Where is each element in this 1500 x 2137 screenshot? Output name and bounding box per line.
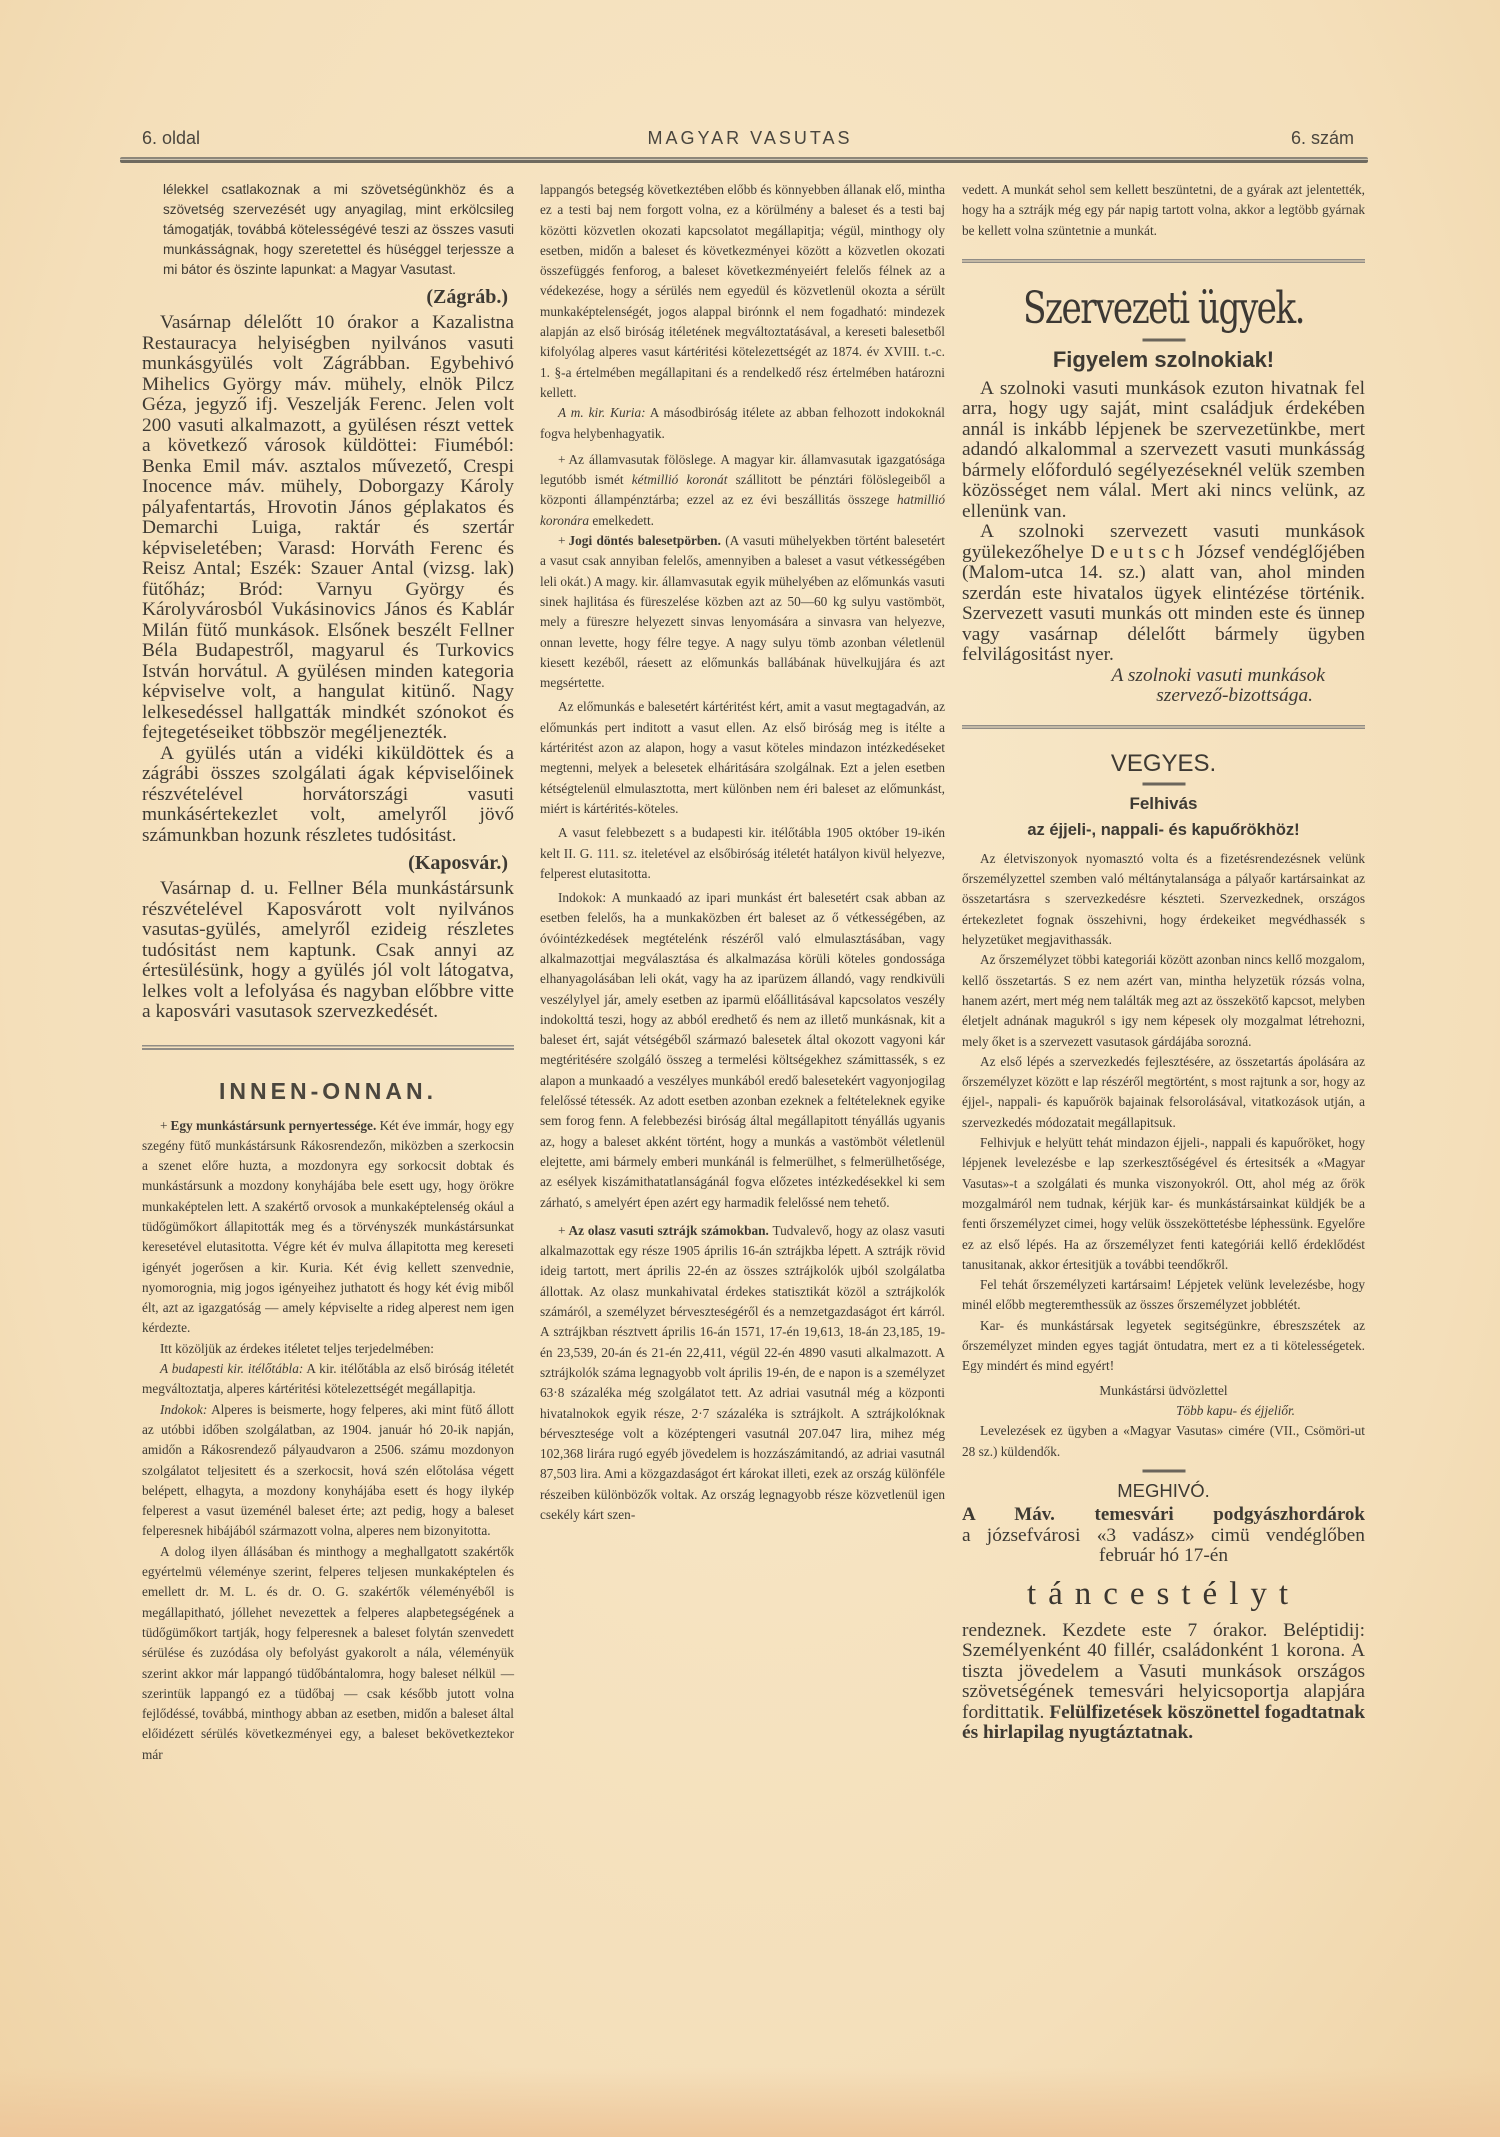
column-1: lélekkel csatlakoznak a mi szövetségünkh… [142, 180, 514, 1765]
szervezeti-heading: Szervezeti ügyek. [1006, 283, 1320, 335]
header-rule [120, 157, 1368, 163]
zagrab-article: Vasárnap délelőtt 10 órakor a Kazalistna… [142, 313, 514, 846]
issue-number: 6. szám [1291, 128, 1354, 149]
page-edge-shading [0, 2067, 1500, 2137]
intro-block: lélekkel csatlakoznak a mi szövetségünkh… [142, 180, 514, 280]
felhivas-paragraph-3: Az első lépés a szervezkedés fejlesztésé… [962, 1052, 1365, 1133]
zagrab-heading: (Zágráb.) [142, 283, 514, 311]
item-italian-strike: +Az olasz vasuti sztrájk számokban. Tudv… [540, 1221, 945, 1525]
innen-onnan-heading: INNEN-ONNAN. [142, 1076, 514, 1106]
dash-divider [1143, 339, 1185, 341]
meghivo-heading: MEGHIVÓ. [962, 1478, 1365, 1504]
szolnok-heading: Figyelem szolnokiak! [962, 347, 1365, 373]
felhivas-paragraph-6: Kar- és munkástársak legyetek segitségün… [962, 1316, 1365, 1377]
greeting: Munkástársi üdvözlettel [962, 1381, 1365, 1401]
item-surplus: +Az államvasutak fölöslege. A magyar kir… [540, 450, 945, 531]
kuria-paragraph: A m. kir. Kuria: A másodbiróság itélete … [540, 403, 945, 444]
strike-continued: vedett. A munkát sehol sem kellett beszü… [962, 180, 1365, 241]
intro-paragraph: lélekkel csatlakoznak a mi szövetségünkh… [163, 180, 514, 280]
invitation-event: táncestélyt [962, 1573, 1365, 1615]
kaposvar-article: Vasárnap d. u. Fellner Béla munkástársun… [142, 879, 514, 1023]
invitation-date: február hó 17-én [962, 1546, 1365, 1567]
item-legal-decision: +Jogi döntés balesetpörben. (A vasuti mü… [540, 531, 945, 693]
section-divider [962, 259, 1365, 263]
szolnok-paragraph-1: A szolnoki vasuti munkások ezuton hivatn… [962, 379, 1365, 523]
signature-line-2: szervező-bizottsága. [962, 686, 1365, 707]
legal-paragraph-3: A vasut felebbezett s a budapesti kir. i… [540, 823, 945, 884]
innen-paragraph-4: Indokok: Alperes is beismerte, hogy felp… [142, 1400, 514, 1542]
felhivas-paragraph-4: Felhivjuk e helyütt tehát mindazon éjjel… [962, 1133, 1365, 1275]
page-header: 6. oldal MAGYAR VASUTAS 6. szám [140, 124, 1360, 154]
innen-onnan-section: +Egy munkástársunk pernyertessége. Két é… [142, 1116, 514, 1766]
felhivas-signature: Több kapu- és éjjeliőr. [962, 1401, 1365, 1421]
legal-paragraph-4: Indokok: A munkaadó az ipari munkást ért… [540, 888, 945, 1213]
vegyes-heading: VEGYES. [962, 749, 1365, 779]
invitation-hosts: A Máv. temesvári podgyászhordárok [962, 1504, 1365, 1526]
innen-lead: Egy munkástársunk pernyertessége. [171, 1118, 377, 1133]
kaposvar-heading: (Kaposvár.) [142, 849, 514, 877]
correspondence-note: Levelezések ez ügyben a «Magyar Vasutas»… [962, 1421, 1365, 1462]
cross-icon: + [160, 1118, 168, 1133]
invitation-body: rendeznek. Kezdete este 7 órakor. Belépt… [962, 1621, 1365, 1744]
cross-icon: + [558, 533, 566, 548]
zagrab-paragraph-1: Vasárnap délelőtt 10 órakor a Kazalistna… [142, 313, 514, 744]
felhivas-subheading: az éjjeli-, nappali- és kapuőrökhöz! [962, 817, 1365, 843]
innen-paragraph-2: Itt közöljük az érdekes itéletet teljes … [142, 1339, 514, 1359]
section-divider [962, 725, 1365, 729]
verdict-continued: lappangós betegség következtében előbb é… [540, 180, 945, 403]
felhivas-paragraph-2: Az őrszemélyzet többi kategoriái között … [962, 950, 1365, 1051]
column-3: vedett. A munkát sehol sem kellett beszü… [962, 180, 1365, 1744]
legal-paragraph-2: Az előmunkás e balesetért kártéritést ké… [540, 697, 945, 819]
section-divider [142, 1045, 514, 1050]
szolnok-paragraph-2: A szolnoki szervezett vasuti munkások gy… [962, 522, 1365, 666]
zagrab-paragraph-2: A gyülés után a vidéki kiküldöttek és a … [142, 744, 514, 847]
dash-divider [1143, 783, 1185, 785]
felhivas-paragraph-5: Fel tehát őrszemélyzeti kartársaim! Lépj… [962, 1275, 1365, 1316]
cross-icon: + [558, 452, 566, 467]
newspaper-title: MAGYAR VASUTAS [140, 128, 1360, 149]
column-2: lappangós betegség következtében előbb é… [540, 180, 945, 1525]
felhivas-article: Az életviszonyok nyomasztó volta és a fi… [962, 849, 1365, 1462]
dash-divider [1143, 1470, 1185, 1472]
innen-paragraph-5: A dolog ilyen állásában és minthogy a me… [142, 1542, 514, 1765]
signature-line-1: A szolnoki vasuti munkások [962, 666, 1365, 687]
felhivas-paragraph-1: Az életviszonyok nyomasztó volta és a fi… [962, 849, 1365, 950]
innen-paragraph-1: +Egy munkástársunk pernyertessége. Két é… [142, 1116, 514, 1339]
szolnok-article: A szolnoki vasuti munkások ezuton hivatn… [962, 379, 1365, 707]
kaposvar-paragraph: Vasárnap d. u. Fellner Béla munkástársun… [142, 879, 514, 1023]
cross-icon: + [558, 1223, 566, 1238]
felhivas-heading: Felhivás [962, 791, 1365, 817]
innen-paragraph-3: A budapesti kir. itélőtábla: A kir. itél… [142, 1359, 514, 1400]
invitation-venue: a józsefvárosi «3 vadász» cimü vendéglőb… [962, 1526, 1365, 1547]
